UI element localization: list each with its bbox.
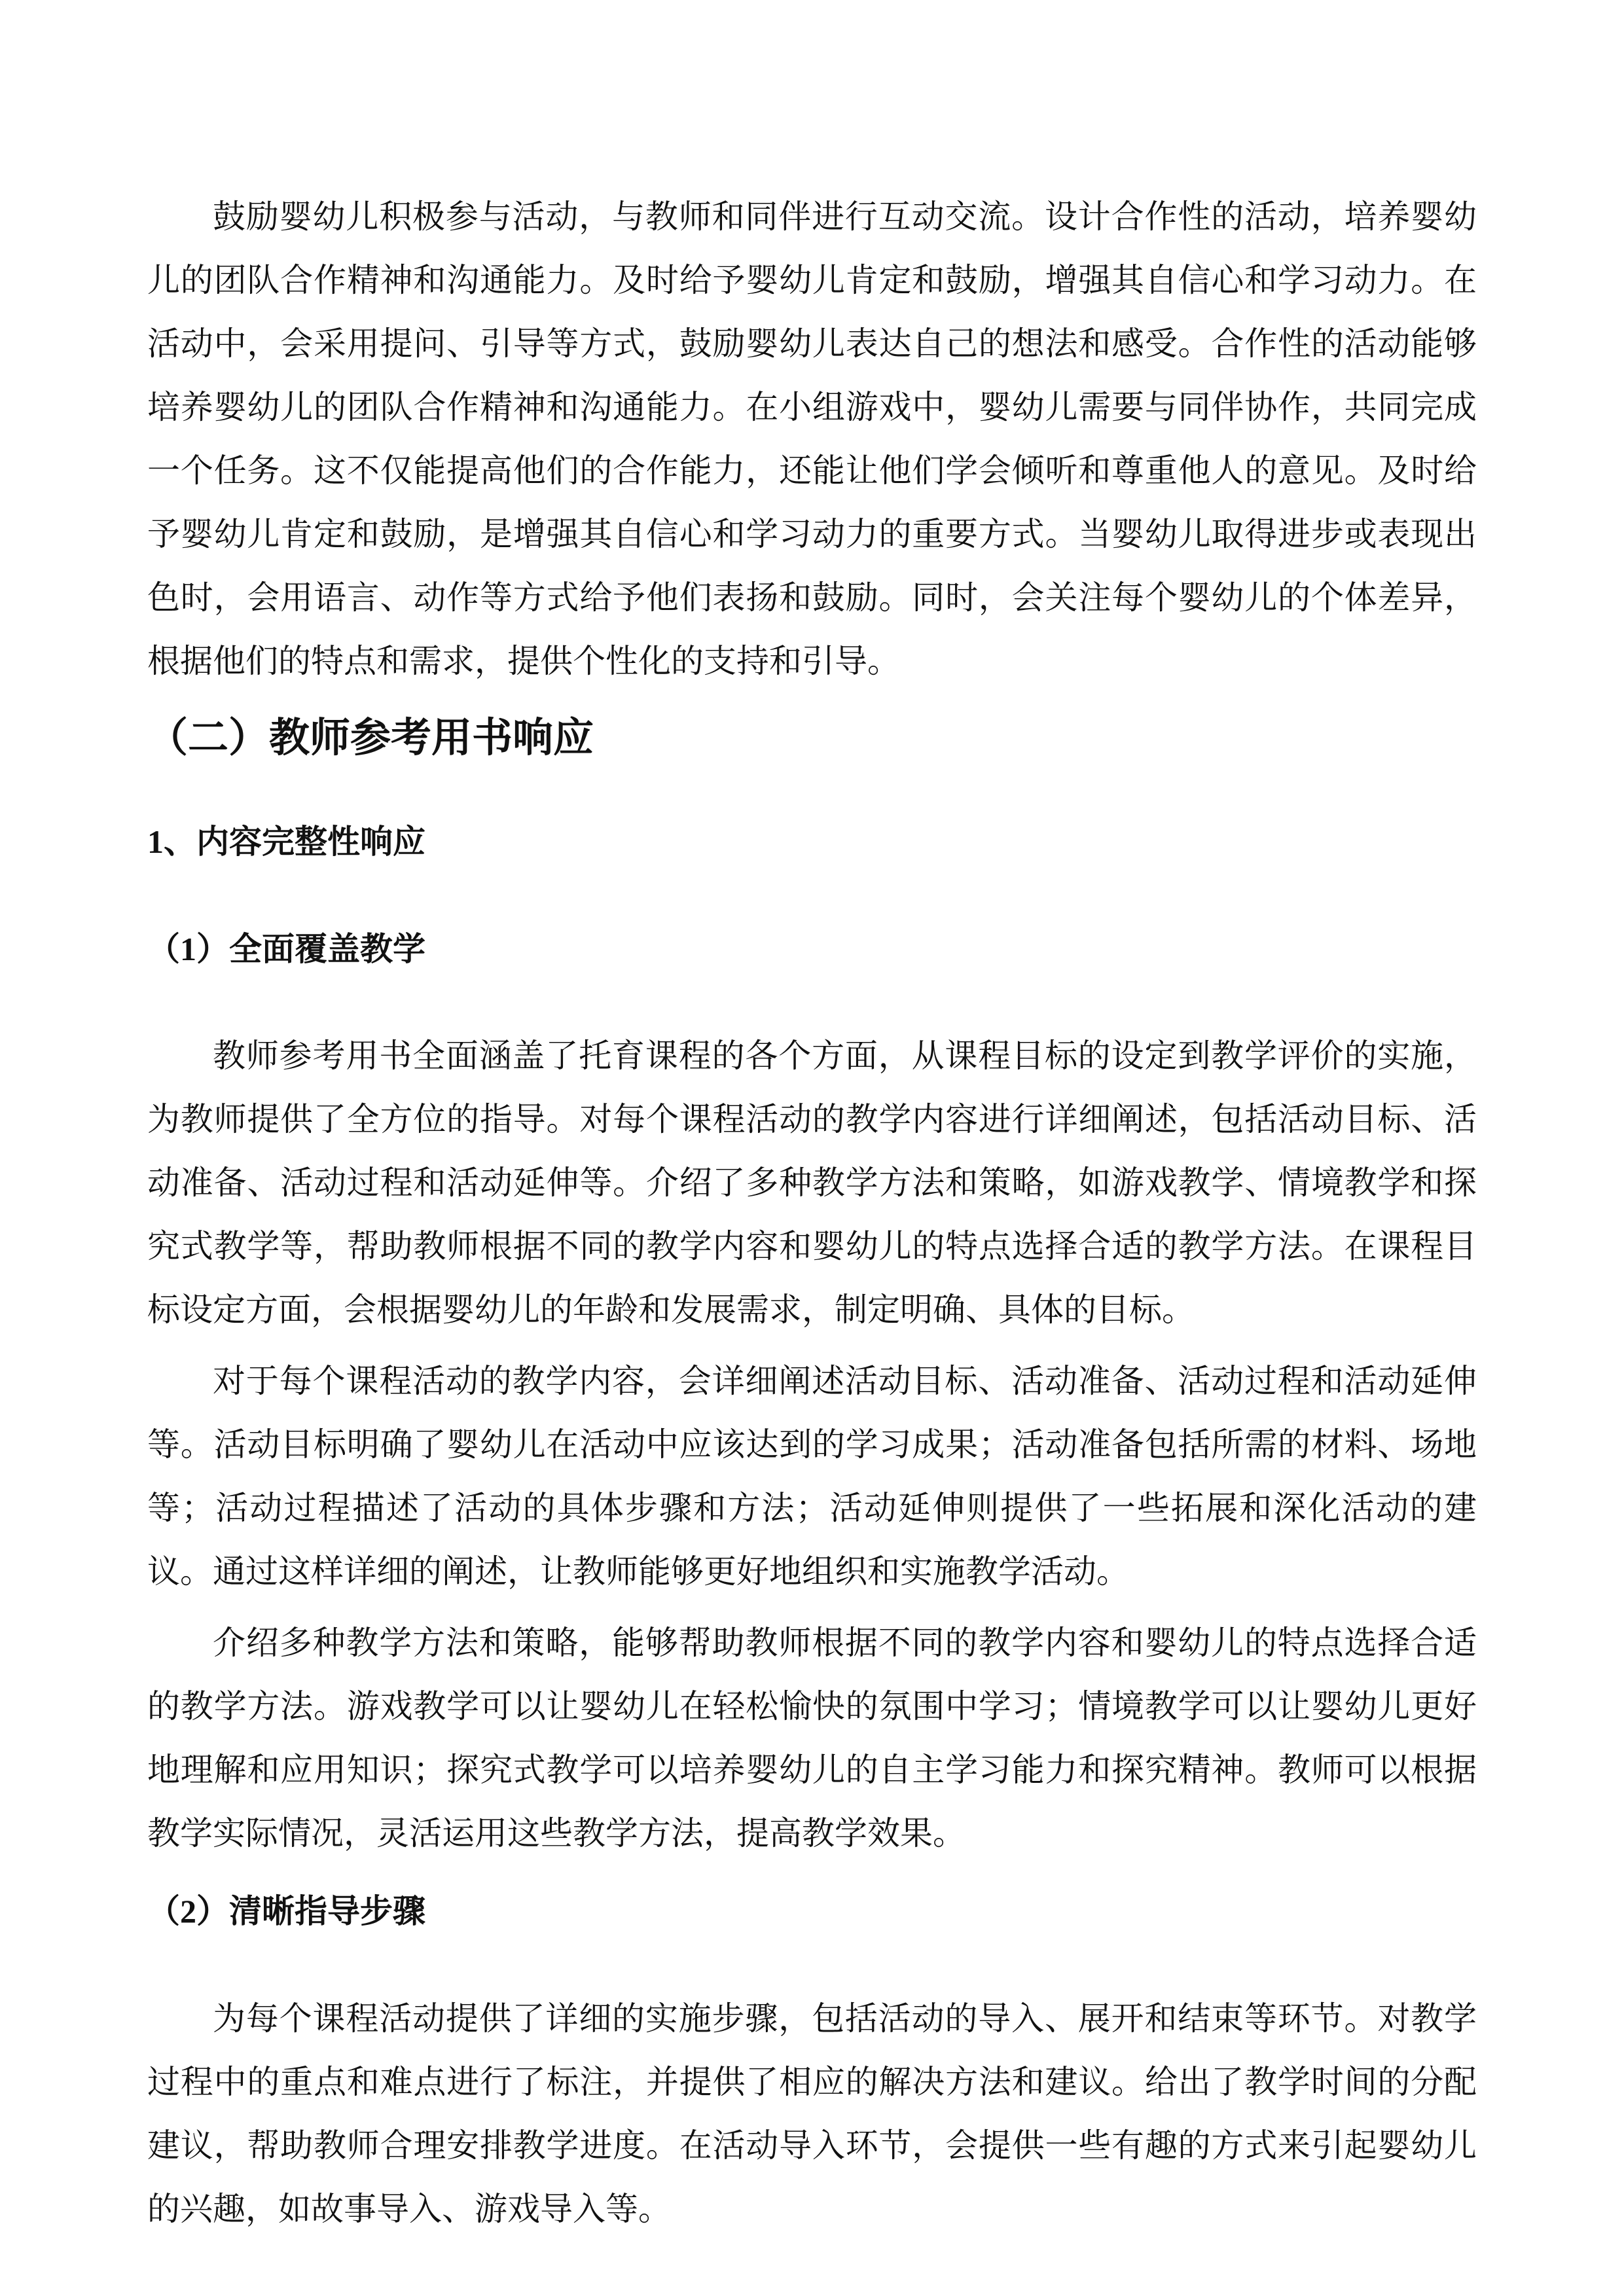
body-line: 究式教学等，帮助教师根据不同的教学内容和婴幼儿的特点选择合适的教学方法。在课程目 [147, 1215, 1477, 1278]
body-line: 议。通过这样详细的阐述，让教师能够更好地组织和实施教学活动。 [147, 1540, 1477, 1604]
body-line: 地理解和应用知识；探究式教学可以培养婴幼儿的自主学习能力和探究精神。教师可以根据 [147, 1738, 1477, 1802]
body-line: 等；活动过程描述了活动的具体步骤和方法；活动延伸则提供了一些拓展和深化活动的建 [147, 1477, 1477, 1540]
subheading-numbered: 1、内容完整性响应 [147, 810, 1477, 874]
body-line: 等。活动目标明确了婴幼儿在活动中应该达到的学习成果；活动准备包括所需的材料、场地 [147, 1413, 1477, 1477]
body-line: 动准备、活动过程和活动延伸等。介绍了多种教学方法和策略，如游戏教学、情境教学和探 [147, 1151, 1477, 1215]
body-line: 活动中，会采用提问、引导等方式，鼓励婴幼儿表达自己的想法和感受。合作性的活动能够 [147, 312, 1477, 376]
section-heading: （二）教师参考用书响应 [147, 700, 1477, 777]
body-line: 介绍多种教学方法和策略，能够帮助教师根据不同的教学内容和婴幼儿的特点选择合适 [147, 1611, 1477, 1675]
paragraph: 对于每个课程活动的教学内容，会详细阐述活动目标、活动准备、活动过程和活动延伸 等… [147, 1350, 1477, 1604]
body-line: 色时，会用语言、动作等方式给予他们表扬和鼓励。同时，会关注每个婴幼儿的个体差异， [147, 566, 1477, 630]
body-line: 根据他们的特点和需求，提供个性化的支持和引导。 [147, 630, 1477, 693]
body-line: 儿的团队合作精神和沟通能力。及时给予婴幼儿肯定和鼓励，增强其自信心和学习动力。在 [147, 249, 1477, 312]
body-line: 教学实际情况，灵活运用这些教学方法，提高教学效果。 [147, 1802, 1477, 1865]
body-line: 标设定方面，会根据婴幼儿的年龄和发展需求，制定明确、具体的目标。 [147, 1278, 1477, 1342]
body-line: 一个任务。这不仅能提高他们的合作能力，还能让他们学会倾听和尊重他人的意见。及时给 [147, 439, 1477, 503]
body-line: 的兴趣，如故事导入、游戏导入等。 [147, 2178, 1477, 2241]
paragraph: 介绍多种教学方法和策略，能够帮助教师根据不同的教学内容和婴幼儿的特点选择合适 的… [147, 1611, 1477, 1865]
body-line: 对于每个课程活动的教学内容，会详细阐述活动目标、活动准备、活动过程和活动延伸 [147, 1350, 1477, 1413]
body-line: 鼓励婴幼儿积极参与活动，与教师和同伴进行互动交流。设计合作性的活动，培养婴幼 [147, 185, 1477, 249]
subheading-item-2: （2）清晰指导步骤 [147, 1880, 1477, 1943]
subheading-item-1: （1）全面覆盖教学 [147, 918, 1477, 981]
body-line: 的教学方法。游戏教学可以让婴幼儿在轻松愉快的氛围中学习；情境教学可以让婴幼儿更好 [147, 1675, 1477, 1738]
body-line: 建议，帮助教师合理安排教学进度。在活动导入环节，会提供一些有趣的方式来引起婴幼儿 [147, 2114, 1477, 2178]
body-line: 予婴幼儿肯定和鼓励，是增强其自信心和学习动力的重要方式。当婴幼儿取得进步或表现出 [147, 503, 1477, 566]
body-line: 为教师提供了全方位的指导。对每个课程活动的教学内容进行详细阐述，包括活动目标、活 [147, 1088, 1477, 1151]
body-line: 教师参考用书全面涵盖了托育课程的各个方面，从课程目标的设定到教学评价的实施， [147, 1024, 1477, 1088]
document-page: 鼓励婴幼儿积极参与活动，与教师和同伴进行互动交流。设计合作性的活动，培养婴幼 儿… [0, 0, 1624, 2296]
body-line: 为每个课程活动提供了详细的实施步骤，包括活动的导入、展开和结束等环节。对教学 [147, 1987, 1477, 2051]
paragraph: 鼓励婴幼儿积极参与活动，与教师和同伴进行互动交流。设计合作性的活动，培养婴幼 儿… [147, 185, 1477, 693]
paragraph: 教师参考用书全面涵盖了托育课程的各个方面，从课程目标的设定到教学评价的实施， 为… [147, 1024, 1477, 1342]
paragraph: 为每个课程活动提供了详细的实施步骤，包括活动的导入、展开和结束等环节。对教学 过… [147, 1987, 1477, 2241]
body-line: 培养婴幼儿的团队合作精神和沟通能力。在小组游戏中，婴幼儿需要与同伴协作，共同完成 [147, 376, 1477, 439]
body-line: 过程中的重点和难点进行了标注，并提供了相应的解决方法和建议。给出了教学时间的分配 [147, 2051, 1477, 2114]
